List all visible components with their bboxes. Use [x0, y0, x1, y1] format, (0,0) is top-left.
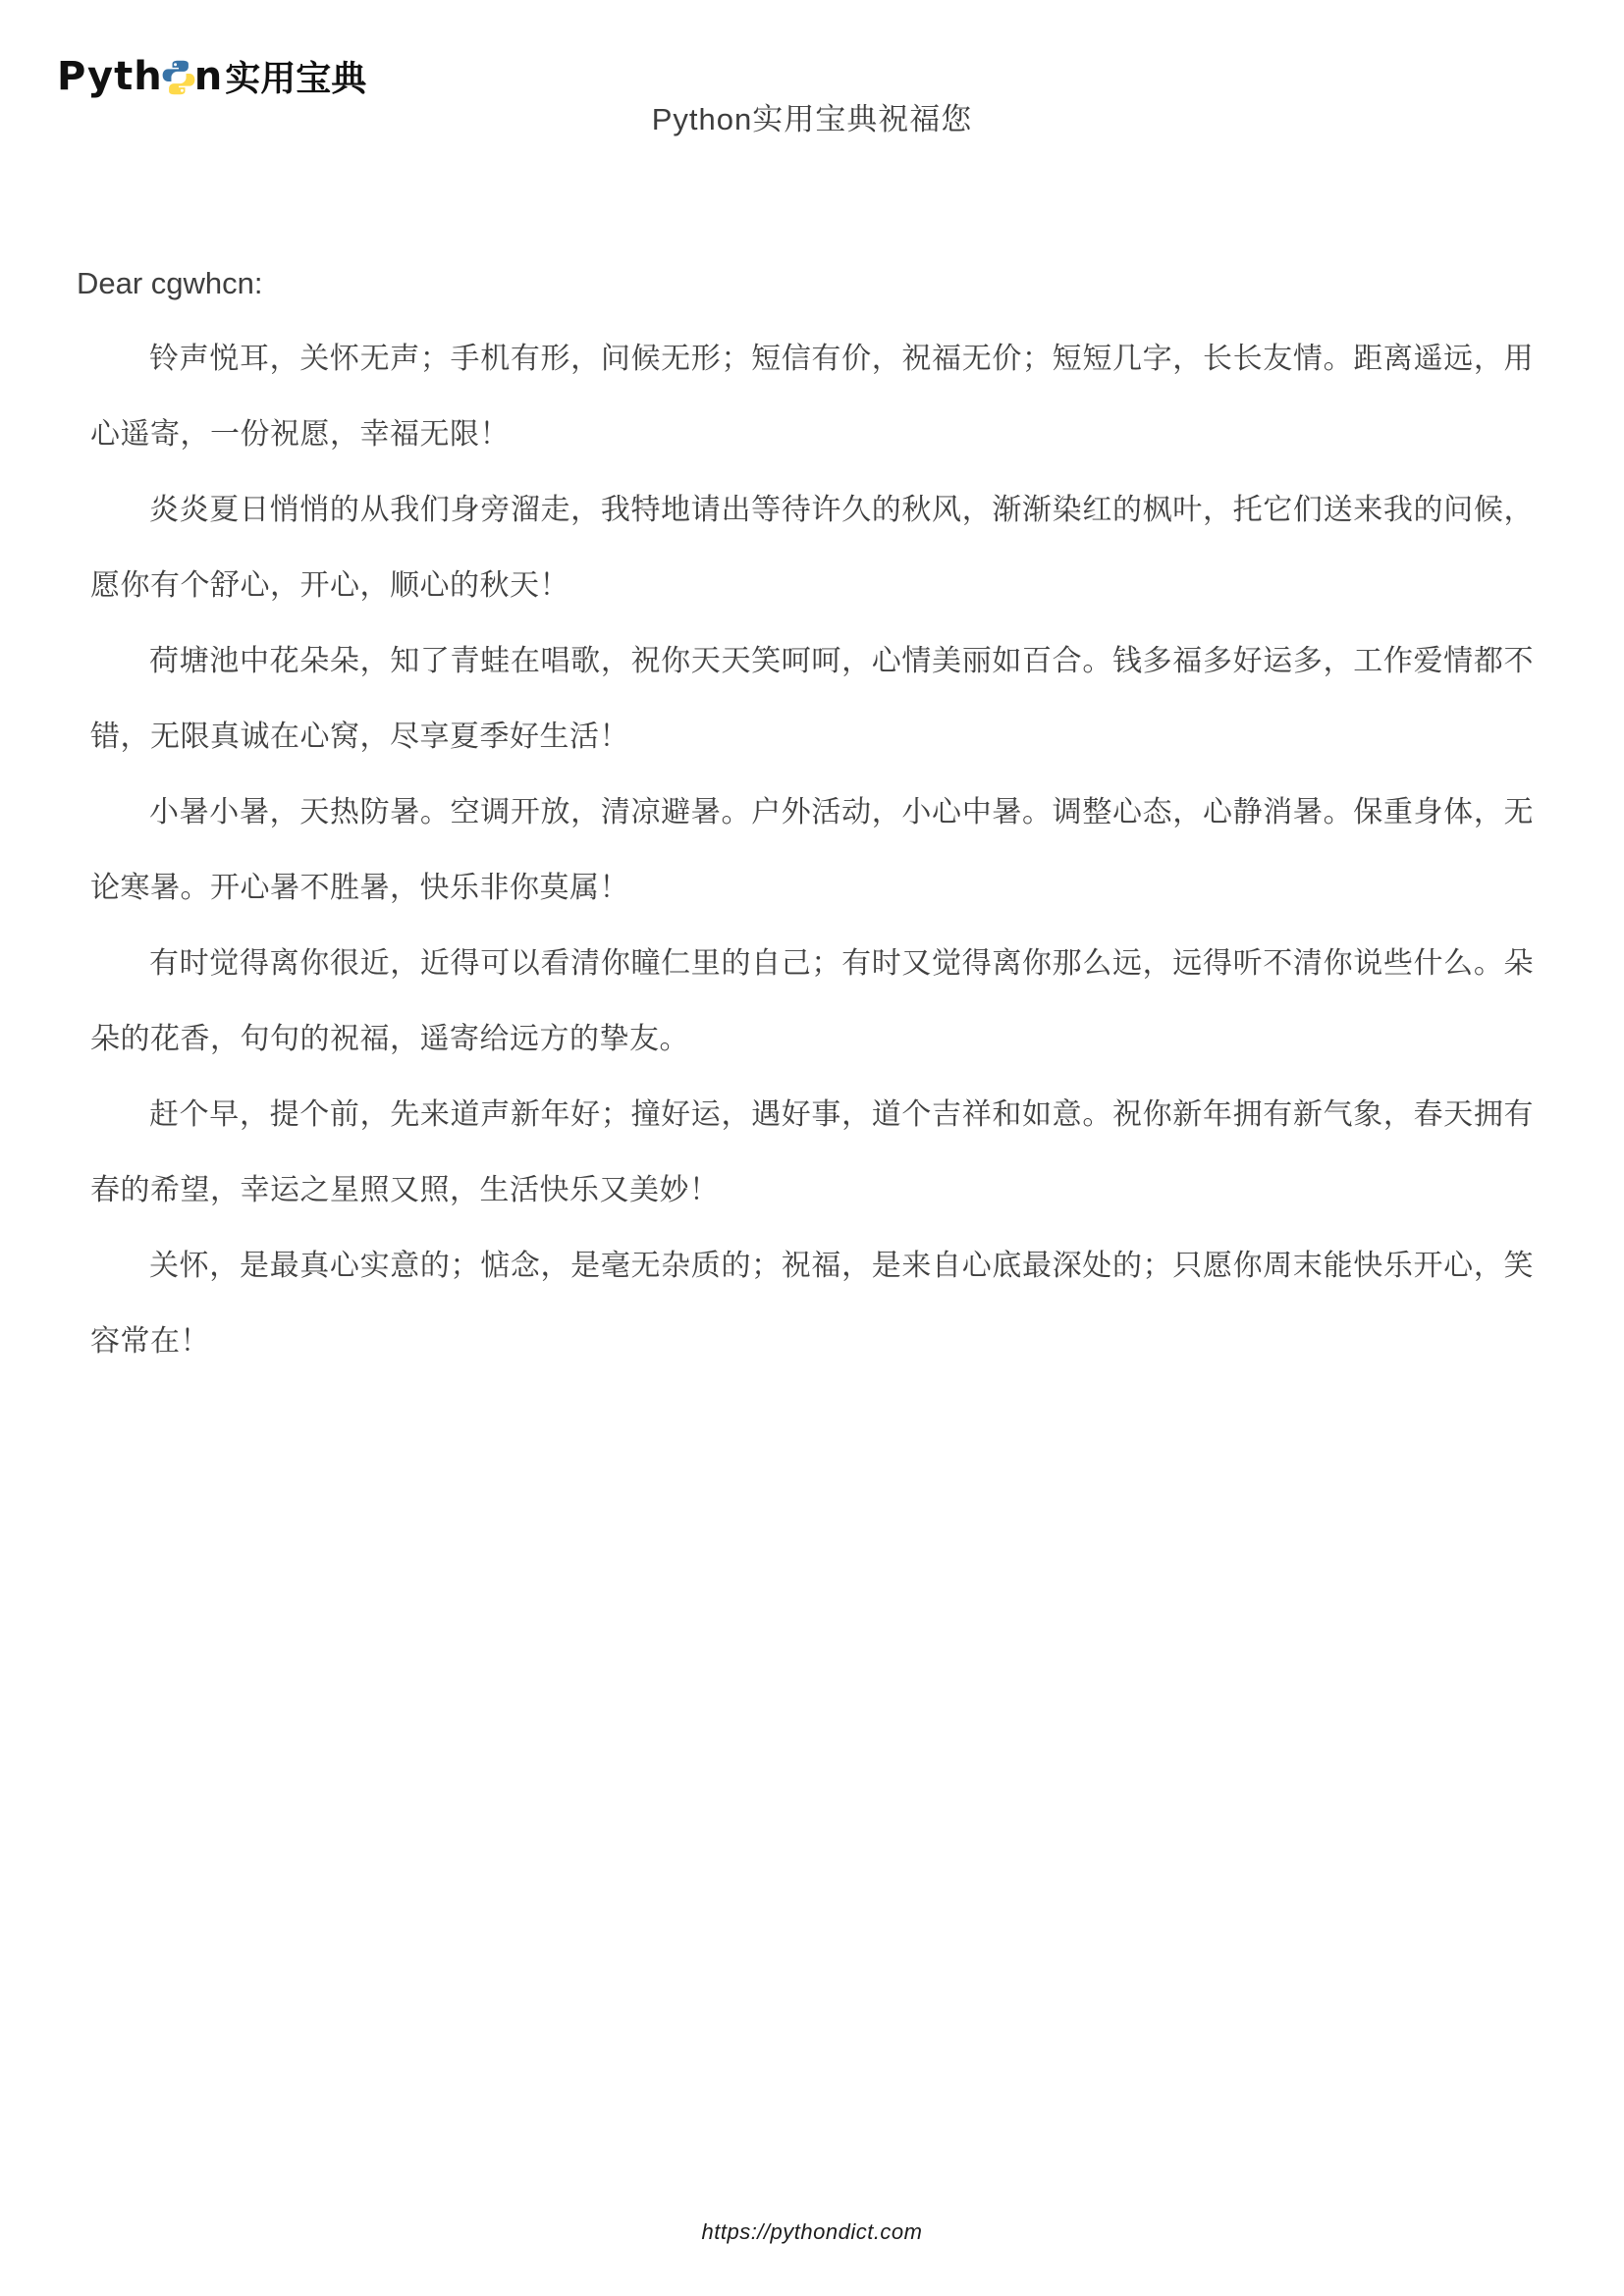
page-title: Python实用宝典祝福您: [0, 94, 1624, 138]
python-icon: [161, 60, 196, 95]
footer-url[interactable]: https://pythondict.com: [702, 2219, 923, 2244]
letter-paragraph: 关怀，是最真心实意的；惦念，是毫无杂质的；祝福，是来自心底最深处的；只愿你周末能…: [90, 1228, 1534, 1379]
salutation: Dear cgwhcn:: [77, 245, 1534, 321]
letter-paragraph: 赶个早，提个前，先来道声新年好；撞好运，遇好事，道个吉祥和如意。祝你新年拥有新气…: [90, 1077, 1534, 1228]
letter-paragraph: 铃声悦耳，关怀无声；手机有形，问候无形；短信有价，祝福无价；短短几字，长长友情。…: [90, 321, 1534, 472]
brand-text-n: n: [194, 54, 223, 99]
page-footer: https://pythondict.com: [0, 2219, 1624, 2245]
letter-paragraph: 有时觉得离你很近，近得可以看清你瞳仁里的自己；有时又觉得离你那么远，远得听不清你…: [90, 926, 1534, 1077]
letter-paragraph: 炎炎夏日悄悄的从我们身旁溜走，我特地请出等待许久的秋风，渐渐染红的枫叶，托它们送…: [90, 472, 1534, 623]
letter: Dear cgwhcn: 铃声悦耳，关怀无声；手机有形，问候无形；短信有价，祝福…: [90, 245, 1534, 1379]
letter-paragraph: 小暑小暑，天热防暑。空调开放，清凉避暑。户外活动，小心中暑。调整心态，心静消暑。…: [90, 774, 1534, 926]
brand-text-pyth: Pyth: [57, 54, 163, 99]
letter-body: 铃声悦耳，关怀无声；手机有形，问候无形；短信有价，祝福无价；短短几字，长长友情。…: [90, 321, 1534, 1379]
letter-paragraph: 荷塘池中花朵朵，知了青蛙在唱歌，祝你天天笑呵呵，心情美丽如百合。钱多福多好运多，…: [90, 623, 1534, 774]
document-page: Pyth n 实用宝典 Python实用宝典祝福您 Dear cgwhcn: 铃…: [0, 0, 1624, 2296]
page-header: Pyth n 实用宝典 Python实用宝典祝福您: [0, 0, 1624, 162]
